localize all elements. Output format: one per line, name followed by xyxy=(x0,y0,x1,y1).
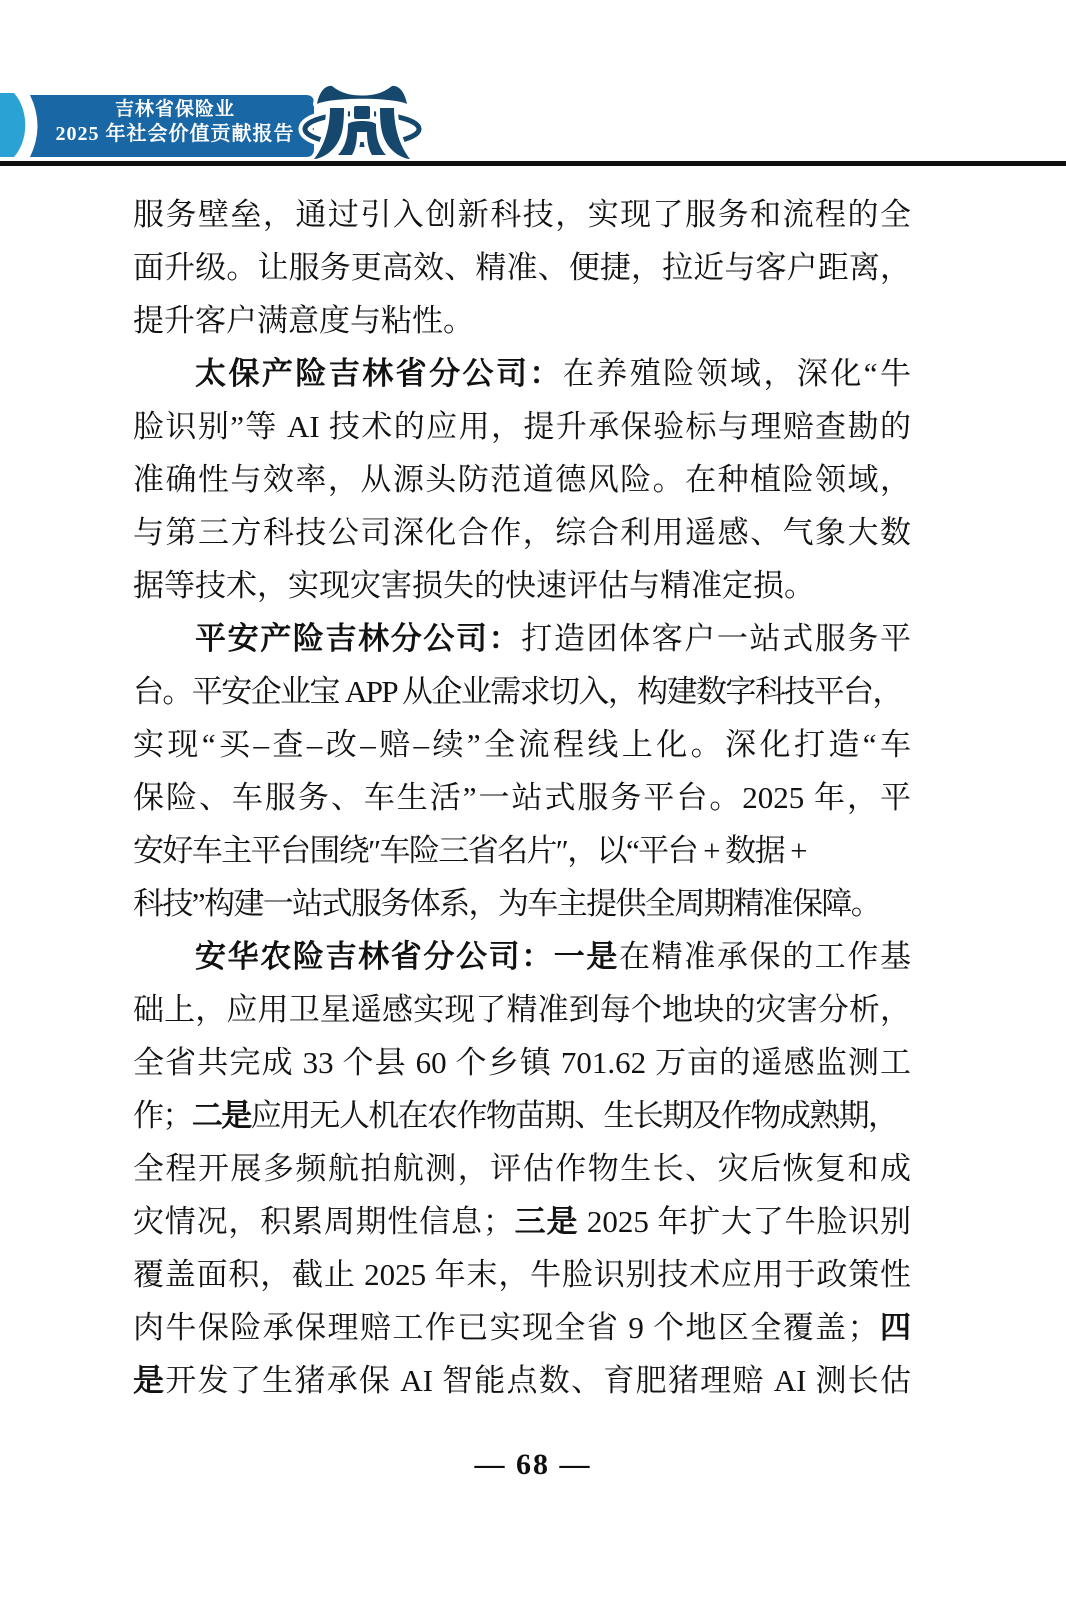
text-line: 安好车主平台围绕″车险三省名片″，以“平台 + 数据 + xyxy=(133,824,911,877)
text-line: 平安产险吉林分公司：打造团体客户一站式服务平 xyxy=(133,612,911,665)
text-line: 实现“买–查–改–赔–续”全流程线上化。深化打造“车 xyxy=(133,718,911,771)
report-page: 吉林省保险业 2025 年社会价值贡献报告 服务壁垒，通过引入创新科技，实现了服… xyxy=(0,0,1066,1600)
text-line: 肉牛保险承保理赔工作已实现全省 9 个地区全覆盖；四 xyxy=(133,1301,911,1354)
text-line: 础上，应用卫星遥感实现了精准到每个地块的灾害分析， xyxy=(133,983,911,1036)
text-line: 科技”构建一站式服务体系，为车主提供全周期精准保障。 xyxy=(133,877,911,930)
text-line: 提升客户满意度与粘性。 xyxy=(133,294,911,347)
text-line: 据等技术，实现灾害损失的快速评估与精准定损。 xyxy=(133,559,911,612)
text-line: 保险、车服务、车生活”一站式服务平台。2025 年，平 xyxy=(133,771,911,824)
text-line: 台。平安企业宝 APP 从企业需求切入，构建数字科技平台， xyxy=(133,665,911,718)
banner-title-line2: 2025 年社会价值贡献报告 xyxy=(26,122,324,146)
text-line: 全省共完成 33 个县 60 个乡镇 701.62 万亩的遥感监测工 xyxy=(133,1036,911,1089)
text-line: 太保产险吉林省分公司：在养殖险领域，深化“牛 xyxy=(133,347,911,400)
text-line: 灾情况，积累周期性信息；三是 2025 年扩大了牛脸识别 xyxy=(133,1195,911,1248)
header-divider-rule xyxy=(0,161,1066,166)
text-line: 脸识别”等 AI 技术的应用，提升承保验标与理赔查勘的 xyxy=(133,400,911,453)
text-line: 作；二是应用无人机在农作物苗期、生长期及作物成熟期， xyxy=(133,1089,911,1142)
text-line: 准确性与效率，从源头防范道德风险。在种植险领域， xyxy=(133,453,911,506)
text-line: 与第三方科技公司深化合作，综合利用遥感、气象大数 xyxy=(133,506,911,559)
text-line: 服务壁垒，通过引入创新科技，实现了服务和流程的全 xyxy=(133,188,911,241)
text-line: 安华农险吉林省分公司：一是在精准承保的工作基 xyxy=(133,930,911,983)
banner-title-line1: 吉林省保险业 xyxy=(36,99,314,121)
body-text: 服务壁垒，通过引入创新科技，实现了服务和流程的全面升级。让服务更高效、精准、便捷… xyxy=(133,188,911,1407)
text-line: 是开发了生猪承保 AI 智能点数、育肥猪理赔 AI 测长估 xyxy=(133,1354,911,1407)
page-number: — 68 — xyxy=(0,1448,1066,1482)
text-line: 全程开展多频航拍航测，评估作物生长、灾后恢复和成 xyxy=(133,1142,911,1195)
accent-leaf-shape xyxy=(0,93,25,157)
text-line: 覆盖面积，截止 2025 年末，牛脸识别技术应用于政策性 xyxy=(133,1248,911,1301)
text-line: 面升级。让服务更高效、精准、便捷，拉近与客户距离， xyxy=(133,241,911,294)
